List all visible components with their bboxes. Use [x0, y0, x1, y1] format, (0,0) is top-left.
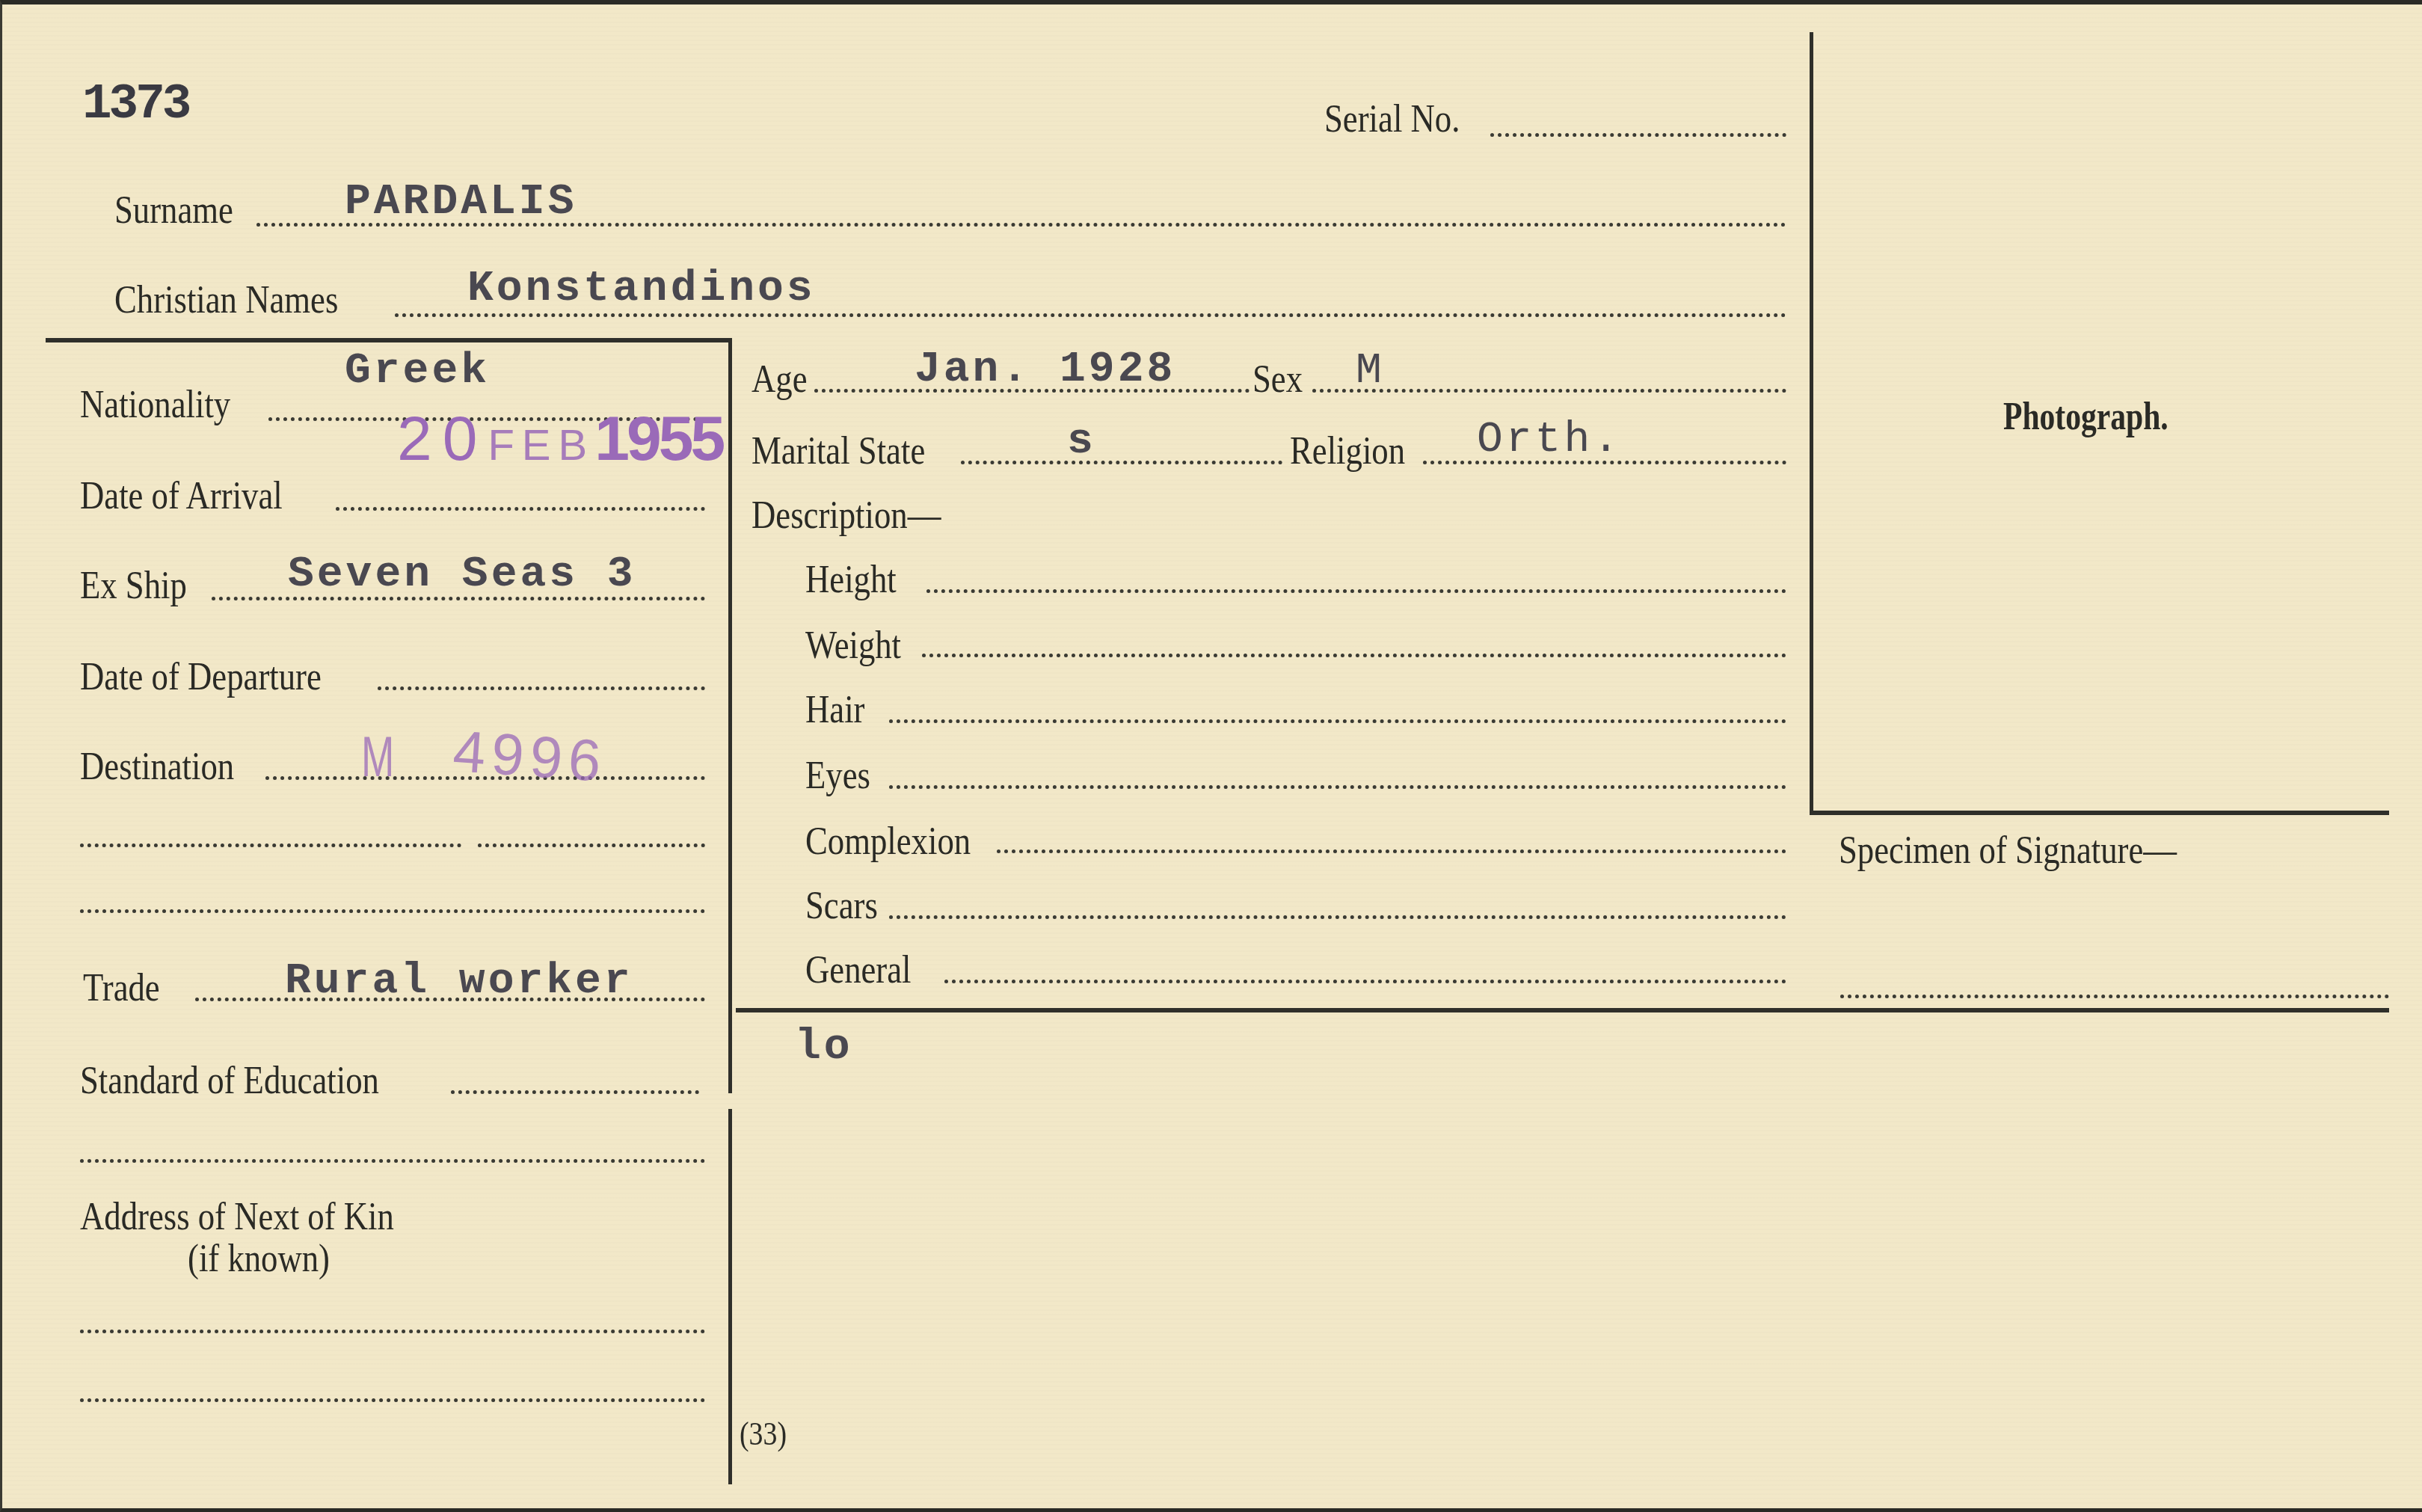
divider-top-left	[46, 338, 732, 342]
divider-left-column	[728, 338, 732, 1093]
destination-label: Destination	[80, 748, 234, 787]
divider-left-column-lower	[728, 1109, 732, 1484]
next-of-kin-sublabel: (if known)	[188, 1240, 330, 1279]
christian-names-field[interactable]	[395, 313, 1786, 317]
signature-label: Specimen of Signature—	[1839, 832, 2177, 870]
ex-ship-label: Ex Ship	[80, 567, 187, 606]
nationality-value: Greek	[345, 350, 490, 393]
christian-names-value: Konstandinos	[467, 268, 816, 311]
hair-field[interactable]	[889, 719, 1786, 723]
marital-state-value: s	[1067, 420, 1096, 464]
sex-label: Sex	[1253, 360, 1303, 399]
destination-stamp: M4996	[361, 727, 607, 786]
height-label: Height	[805, 561, 897, 600]
divider-photo-bottom	[1810, 811, 2389, 815]
divider-photo-box	[1810, 32, 1813, 814]
ex-ship-value: Seven Seas 3	[288, 553, 636, 597]
arrival-stamp-day: 20	[397, 403, 488, 473]
age-value: Jan. 1928	[915, 348, 1175, 392]
complexion-field[interactable]	[997, 849, 1786, 853]
date-of-departure-field[interactable]	[378, 686, 705, 690]
date-of-departure-label: Date of Departure	[80, 658, 322, 697]
trade-value: Rural worker	[285, 960, 633, 1004]
next-of-kin-field-1[interactable]	[80, 1330, 705, 1333]
surname-label: Surname	[114, 191, 233, 230]
photograph-area	[1815, 34, 2389, 809]
complexion-label: Complexion	[805, 823, 971, 861]
destination-field-2a[interactable]	[80, 843, 461, 847]
height-field[interactable]	[926, 589, 1786, 593]
date-of-arrival-field[interactable]	[336, 507, 705, 511]
next-of-kin-label: Address of Next of Kin	[80, 1198, 394, 1237]
general-field[interactable]	[944, 980, 1786, 983]
destination-field-3[interactable]	[80, 909, 705, 913]
age-label: Age	[752, 360, 808, 399]
arrival-stamp-year: 1955	[594, 403, 722, 473]
general-label: General	[805, 951, 912, 990]
divider-middle	[736, 1008, 2389, 1012]
trade-label: Trade	[83, 969, 160, 1008]
destination-field-2b[interactable]	[478, 843, 705, 847]
next-of-kin-field-2[interactable]	[80, 1398, 705, 1402]
hair-label: Hair	[805, 691, 864, 730]
standard-of-education-field[interactable]	[451, 1090, 699, 1094]
marital-state-label: Marital State	[752, 432, 925, 471]
christian-names-label: Christian Names	[114, 281, 338, 320]
scars-field[interactable]	[889, 915, 1786, 919]
destination-stamp-number: 4996	[452, 722, 609, 790]
weight-field[interactable]	[922, 654, 1786, 657]
weight-label: Weight	[805, 627, 901, 666]
standard-of-education-field-2[interactable]	[80, 1159, 705, 1163]
eyes-field[interactable]	[889, 785, 1786, 789]
date-of-arrival-label: Date of Arrival	[80, 477, 283, 516]
religion-label: Religion	[1290, 432, 1405, 471]
arrival-stamp-month: FEB	[488, 421, 594, 470]
surname-value: PARDALIS	[345, 181, 577, 224]
nationality-label: Nationality	[80, 386, 230, 425]
eyes-label: Eyes	[805, 757, 870, 796]
alien-registration-card: 1373 Serial No. Surname PARDALIS Christi…	[0, 0, 2422, 1512]
form-code: (33)	[740, 1418, 787, 1451]
arrival-date-stamp: 20FEB1955	[397, 407, 722, 470]
note-value: lo	[795, 1026, 853, 1069]
sex-value: M	[1356, 350, 1385, 393]
marital-state-field[interactable]	[961, 461, 1282, 464]
serial-no-field[interactable]	[1490, 133, 1786, 137]
standard-of-education-label: Standard of Education	[80, 1062, 379, 1101]
serial-no-label: Serial No.	[1324, 100, 1460, 139]
description-label: Description—	[752, 497, 941, 535]
signature-field[interactable]	[1840, 995, 2389, 998]
card-number: 1373	[82, 76, 188, 132]
religion-value: Orth.	[1477, 419, 1622, 462]
destination-stamp-letter: M	[361, 729, 394, 786]
scars-label: Scars	[805, 887, 878, 926]
